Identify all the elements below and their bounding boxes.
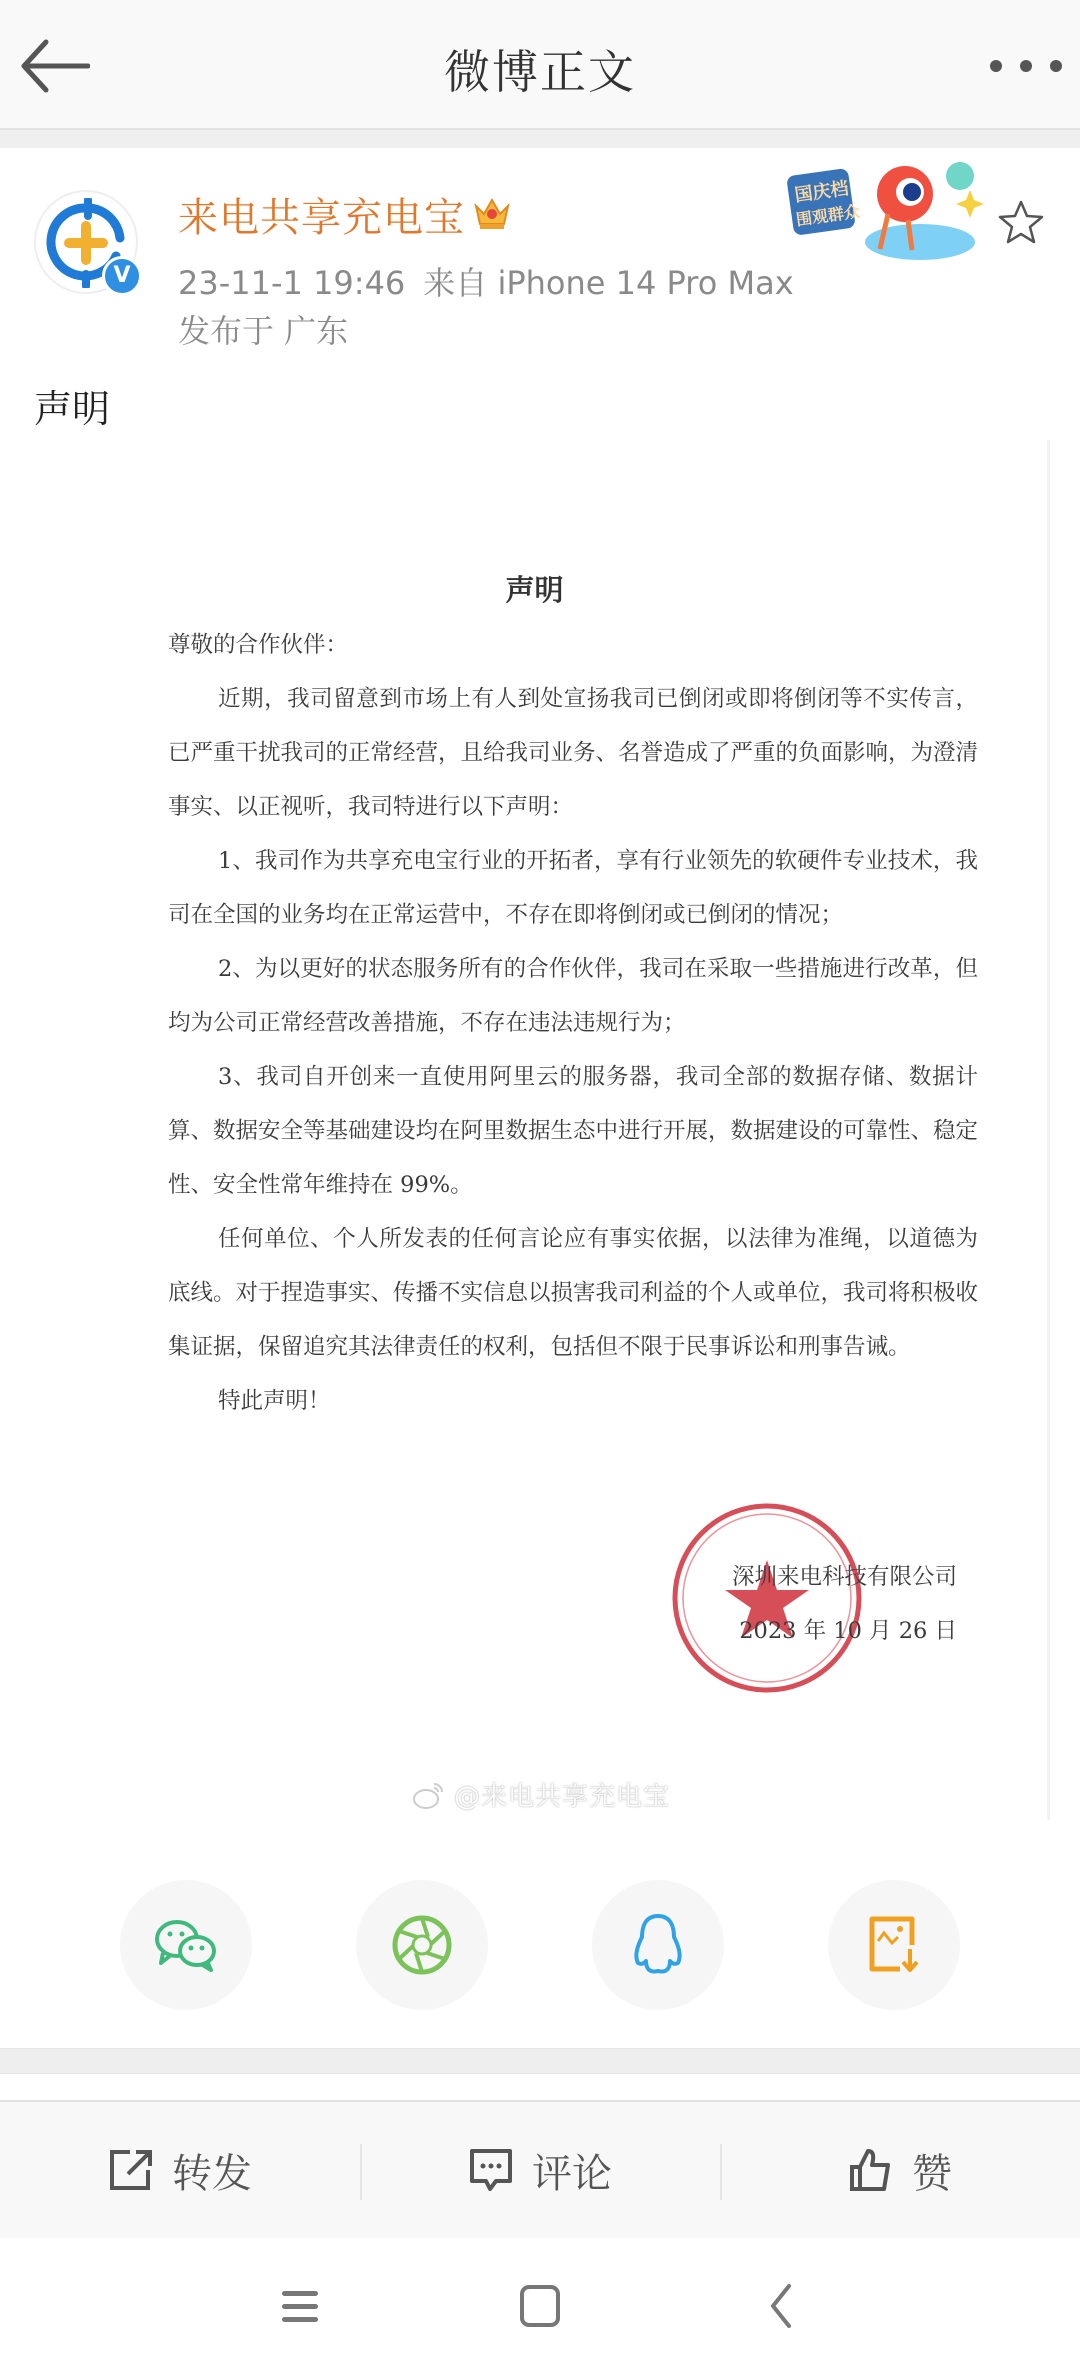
repost-icon — [108, 2148, 154, 2192]
national-day-sticker-icon: 国庆档 围观群众 — [780, 154, 990, 264]
document-paragraph: 近期，我司留意到市场上有人到处宣扬我司已倒闭或即将倒闭等不实传言，已严重干扰我司… — [168, 672, 978, 834]
timestamp: 23-11-1 19:46 — [178, 264, 405, 302]
home-button[interactable] — [510, 2276, 570, 2336]
document-body: 尊敬的合作伙伴： 近期，我司留意到市场上有人到处宣扬我司已倒闭或即将倒闭等不实传… — [168, 618, 978, 1428]
document-date: 2023 年 10 月 26 日 — [732, 1604, 957, 1658]
more-dot — [1020, 60, 1032, 72]
post-text: 声明 — [34, 378, 110, 433]
document-signature: 深圳来电科技有限公司 2023 年 10 月 26 日 — [732, 1550, 957, 1658]
moments-aperture-icon — [390, 1913, 454, 1977]
post-meta: 23-11-1 19:46来自 iPhone 14 Pro Max — [178, 258, 794, 304]
divider — [0, 2048, 1080, 2074]
repost-button[interactable]: 转发 — [0, 2102, 360, 2238]
divider — [0, 130, 1080, 148]
star-favorite-icon[interactable] — [996, 198, 1046, 248]
verified-badge: V — [102, 256, 142, 296]
page-title: 微博正文 — [0, 36, 1080, 102]
company-name: 深圳来电科技有限公司 — [732, 1550, 957, 1604]
thumbs-up-icon — [848, 2147, 894, 2193]
document-paragraph: 2、为以更好的状态服务所有的合作伙伴，我司在采取一些措施进行改革，但均为公司正常… — [168, 942, 978, 1050]
document-paragraph: 3、我司自开创来一直使用阿里云的服务器，我司全部的数据存储、数据计算、数据安全等… — [168, 1050, 978, 1212]
comment-button[interactable]: 评论 — [360, 2102, 720, 2238]
recents-icon — [280, 2286, 320, 2326]
document-salutation: 尊敬的合作伙伴： — [168, 618, 978, 672]
share-qq-button[interactable] — [592, 1880, 724, 2010]
statement-document-image[interactable]: 声明 尊敬的合作伙伴： 近期，我司留意到市场上有人到处宣扬我司已倒闭或即将倒闭等… — [82, 440, 1050, 1820]
repost-label: 转发 — [172, 2142, 252, 2199]
crown-vip-icon — [472, 192, 512, 232]
system-nav-bar — [0, 2238, 1080, 2369]
home-icon — [518, 2284, 562, 2328]
save-image-button[interactable] — [828, 1880, 960, 2010]
document-paragraph: 1、我司作为共享充电宝行业的开拓者，享有行业领先的软硬件专业技术，我司在全国的业… — [168, 834, 978, 942]
share-row — [0, 1880, 1080, 2010]
more-button[interactable] — [990, 58, 1062, 74]
username[interactable]: 来电共享充电宝 — [178, 186, 465, 243]
weibo-logo-icon — [412, 1780, 446, 1810]
qq-penguin-icon — [630, 1913, 686, 1977]
more-dot — [1050, 60, 1062, 72]
document-paragraph: 任何单位、个人所发表的任何言论应有事实依据，以法律为准绳，以道德为底线。对于捏造… — [168, 1212, 978, 1374]
system-back-button[interactable] — [750, 2276, 810, 2336]
wechat-icon — [151, 1915, 221, 1975]
top-nav-bar: 微博正文 — [0, 0, 1080, 130]
like-button[interactable]: 赞 — [720, 2102, 1080, 2238]
recents-button[interactable] — [270, 2276, 330, 2336]
like-label: 赞 — [912, 2142, 952, 2199]
share-wechat-button[interactable] — [120, 1880, 252, 2010]
comment-label: 评论 — [532, 2142, 612, 2199]
save-image-icon — [866, 1915, 922, 1975]
watermark-text: @来电共享充电宝 — [454, 1776, 670, 1813]
document-paragraph: 特此声明！ — [168, 1374, 978, 1428]
weibo-watermark: @来电共享充电宝 — [412, 1776, 670, 1813]
comment-icon — [468, 2147, 514, 2193]
post-action-bar: 转发 评论 赞 — [0, 2100, 1080, 2238]
more-dots-icon — [990, 60, 1002, 72]
post-location: 发布于 广东 — [178, 306, 348, 352]
post-source: 来自 iPhone 14 Pro Max — [423, 264, 793, 302]
back-icon — [765, 2282, 795, 2330]
share-moments-button[interactable] — [356, 1880, 488, 2010]
document-title: 声明 — [82, 568, 987, 609]
